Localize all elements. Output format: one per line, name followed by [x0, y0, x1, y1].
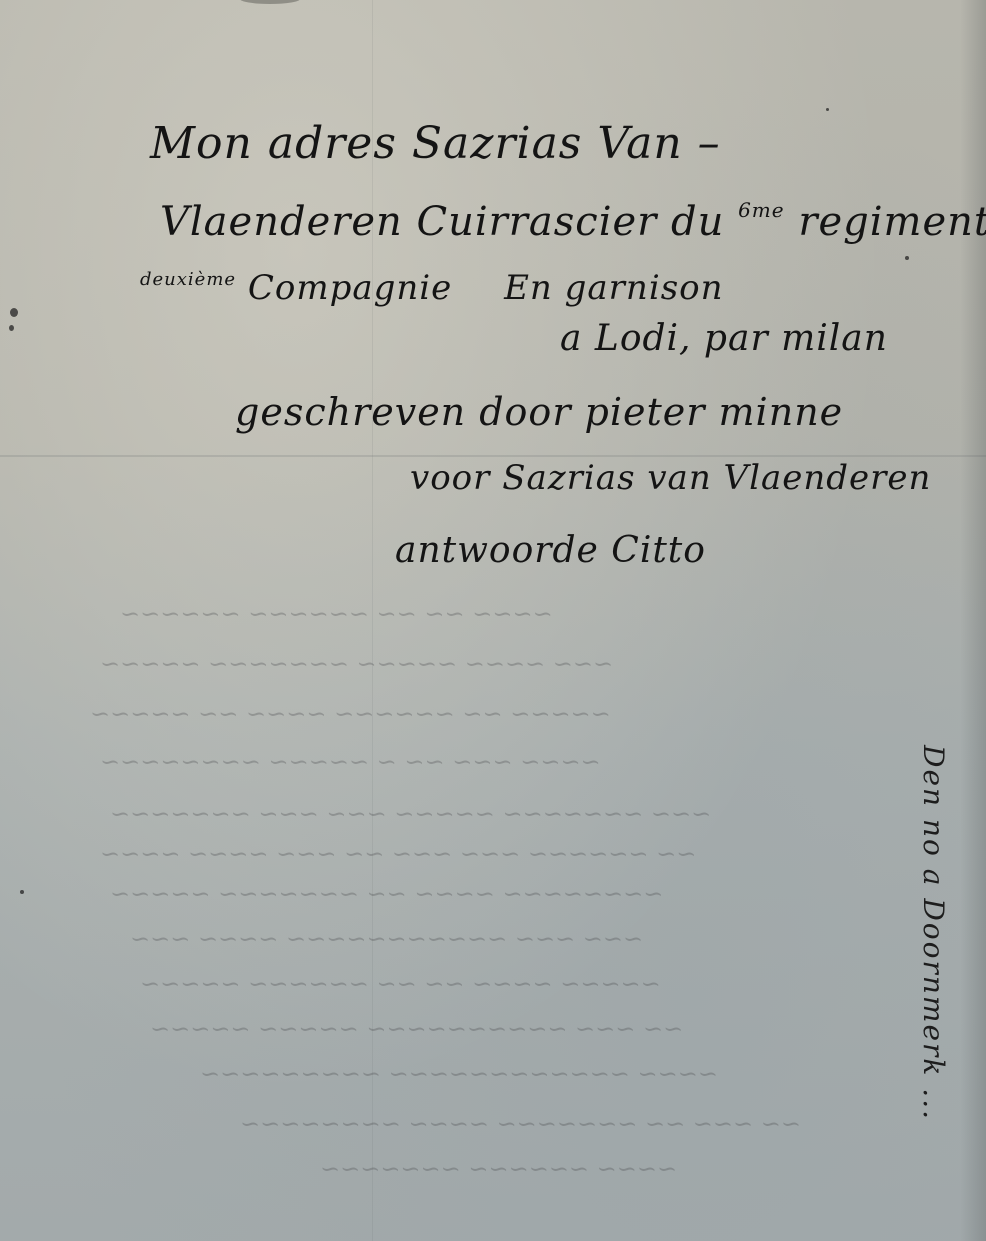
regiment-number: 6me — [738, 198, 785, 222]
address-line-4: a Lodi, par milan — [560, 318, 888, 359]
writer-line: geschreven door pieter minne — [235, 390, 843, 434]
bleed-through-line: ~~~~ ~~~ ~~ ~ ~~~~~ ~~~~~~~~ — [100, 748, 601, 776]
bleed-through-line: ~~~ ~~~~ ~~~~~ ~~~~~~~ ~~~~~ — [100, 650, 613, 678]
bleed-through-line: ~~~~ ~~~~~~~~~~~~ ~~~~~~~~~ — [200, 1060, 718, 1088]
ink-speck — [20, 890, 24, 894]
margin-note-vertical: Den no a Doornmerk ... — [917, 745, 950, 1121]
address-line-2: Vlaenderen Cuirrascier du 6me regiment — [160, 198, 986, 245]
address-line-1: Mon adres Sazrias Van – — [150, 118, 721, 169]
ink-speck — [826, 108, 829, 111]
document-page: ~~~~ ~~ ~~ ~~~~~~ ~~~~~~ ~~~ ~~~~ ~~~~~ … — [0, 0, 986, 1241]
company-number: deuxième — [140, 269, 236, 290]
bleed-through-line: ~~ ~~~ ~~ ~~~~~~~ ~~~~ ~~~~~~~~ — [240, 1110, 801, 1138]
bleed-through-line: ~~~~ ~~ ~~ ~~~~~~ ~~~~~~ — [120, 600, 553, 628]
bleed-through-line: ~~ ~~~~~~ ~~~ ~~~ ~~ ~~~ ~~~~ ~~~~ — [100, 840, 696, 868]
ink-smudge — [240, 0, 300, 4]
bleed-through-line: ~~~~~ ~~ ~~~~~~ ~~~~ ~~ ~~~~~ — [90, 700, 611, 728]
regiment-label: regiment — [798, 199, 986, 245]
reply-line: antwoorde Citto — [395, 530, 706, 571]
bleed-through-line: ~~ ~~~ ~~~~~~~~~~ ~~~~~ ~~~~~ — [150, 1015, 683, 1043]
company-label: Compagnie — [248, 268, 452, 308]
ink-speck — [905, 256, 909, 260]
page-edge-shadow — [960, 0, 986, 1241]
paper-fold-horizontal — [0, 455, 986, 457]
bleed-through-line: ~~~ ~~~~~~~ ~~~~~ ~~~ ~~~ ~~~~~~~ — [110, 800, 711, 828]
address-line-3: deuxième Compagnie En garnison — [140, 268, 724, 308]
ink-speck — [9, 325, 14, 331]
bleed-through-line: ~~~~~~~~ ~~~~ ~~ ~~~~~~~ ~~~~~ — [110, 880, 663, 908]
bleed-through-line: ~~~~ ~~~~~~ ~~~~~~~ — [320, 1155, 677, 1183]
garrison-label: En garnison — [504, 268, 723, 308]
bleed-through-line: ~~~~~ ~~~~ ~~ ~~ ~~~~~~ ~~~~~ — [140, 970, 661, 998]
bleed-through-line: ~~~ ~~~ ~~~~~~~~~~~ ~~~~ ~~~ — [130, 925, 643, 953]
ink-speck — [10, 308, 18, 317]
address-line-2-text: Vlaenderen Cuirrascier du — [160, 199, 724, 245]
recipient-line: voor Sazrias van Vlaenderen — [410, 458, 931, 498]
